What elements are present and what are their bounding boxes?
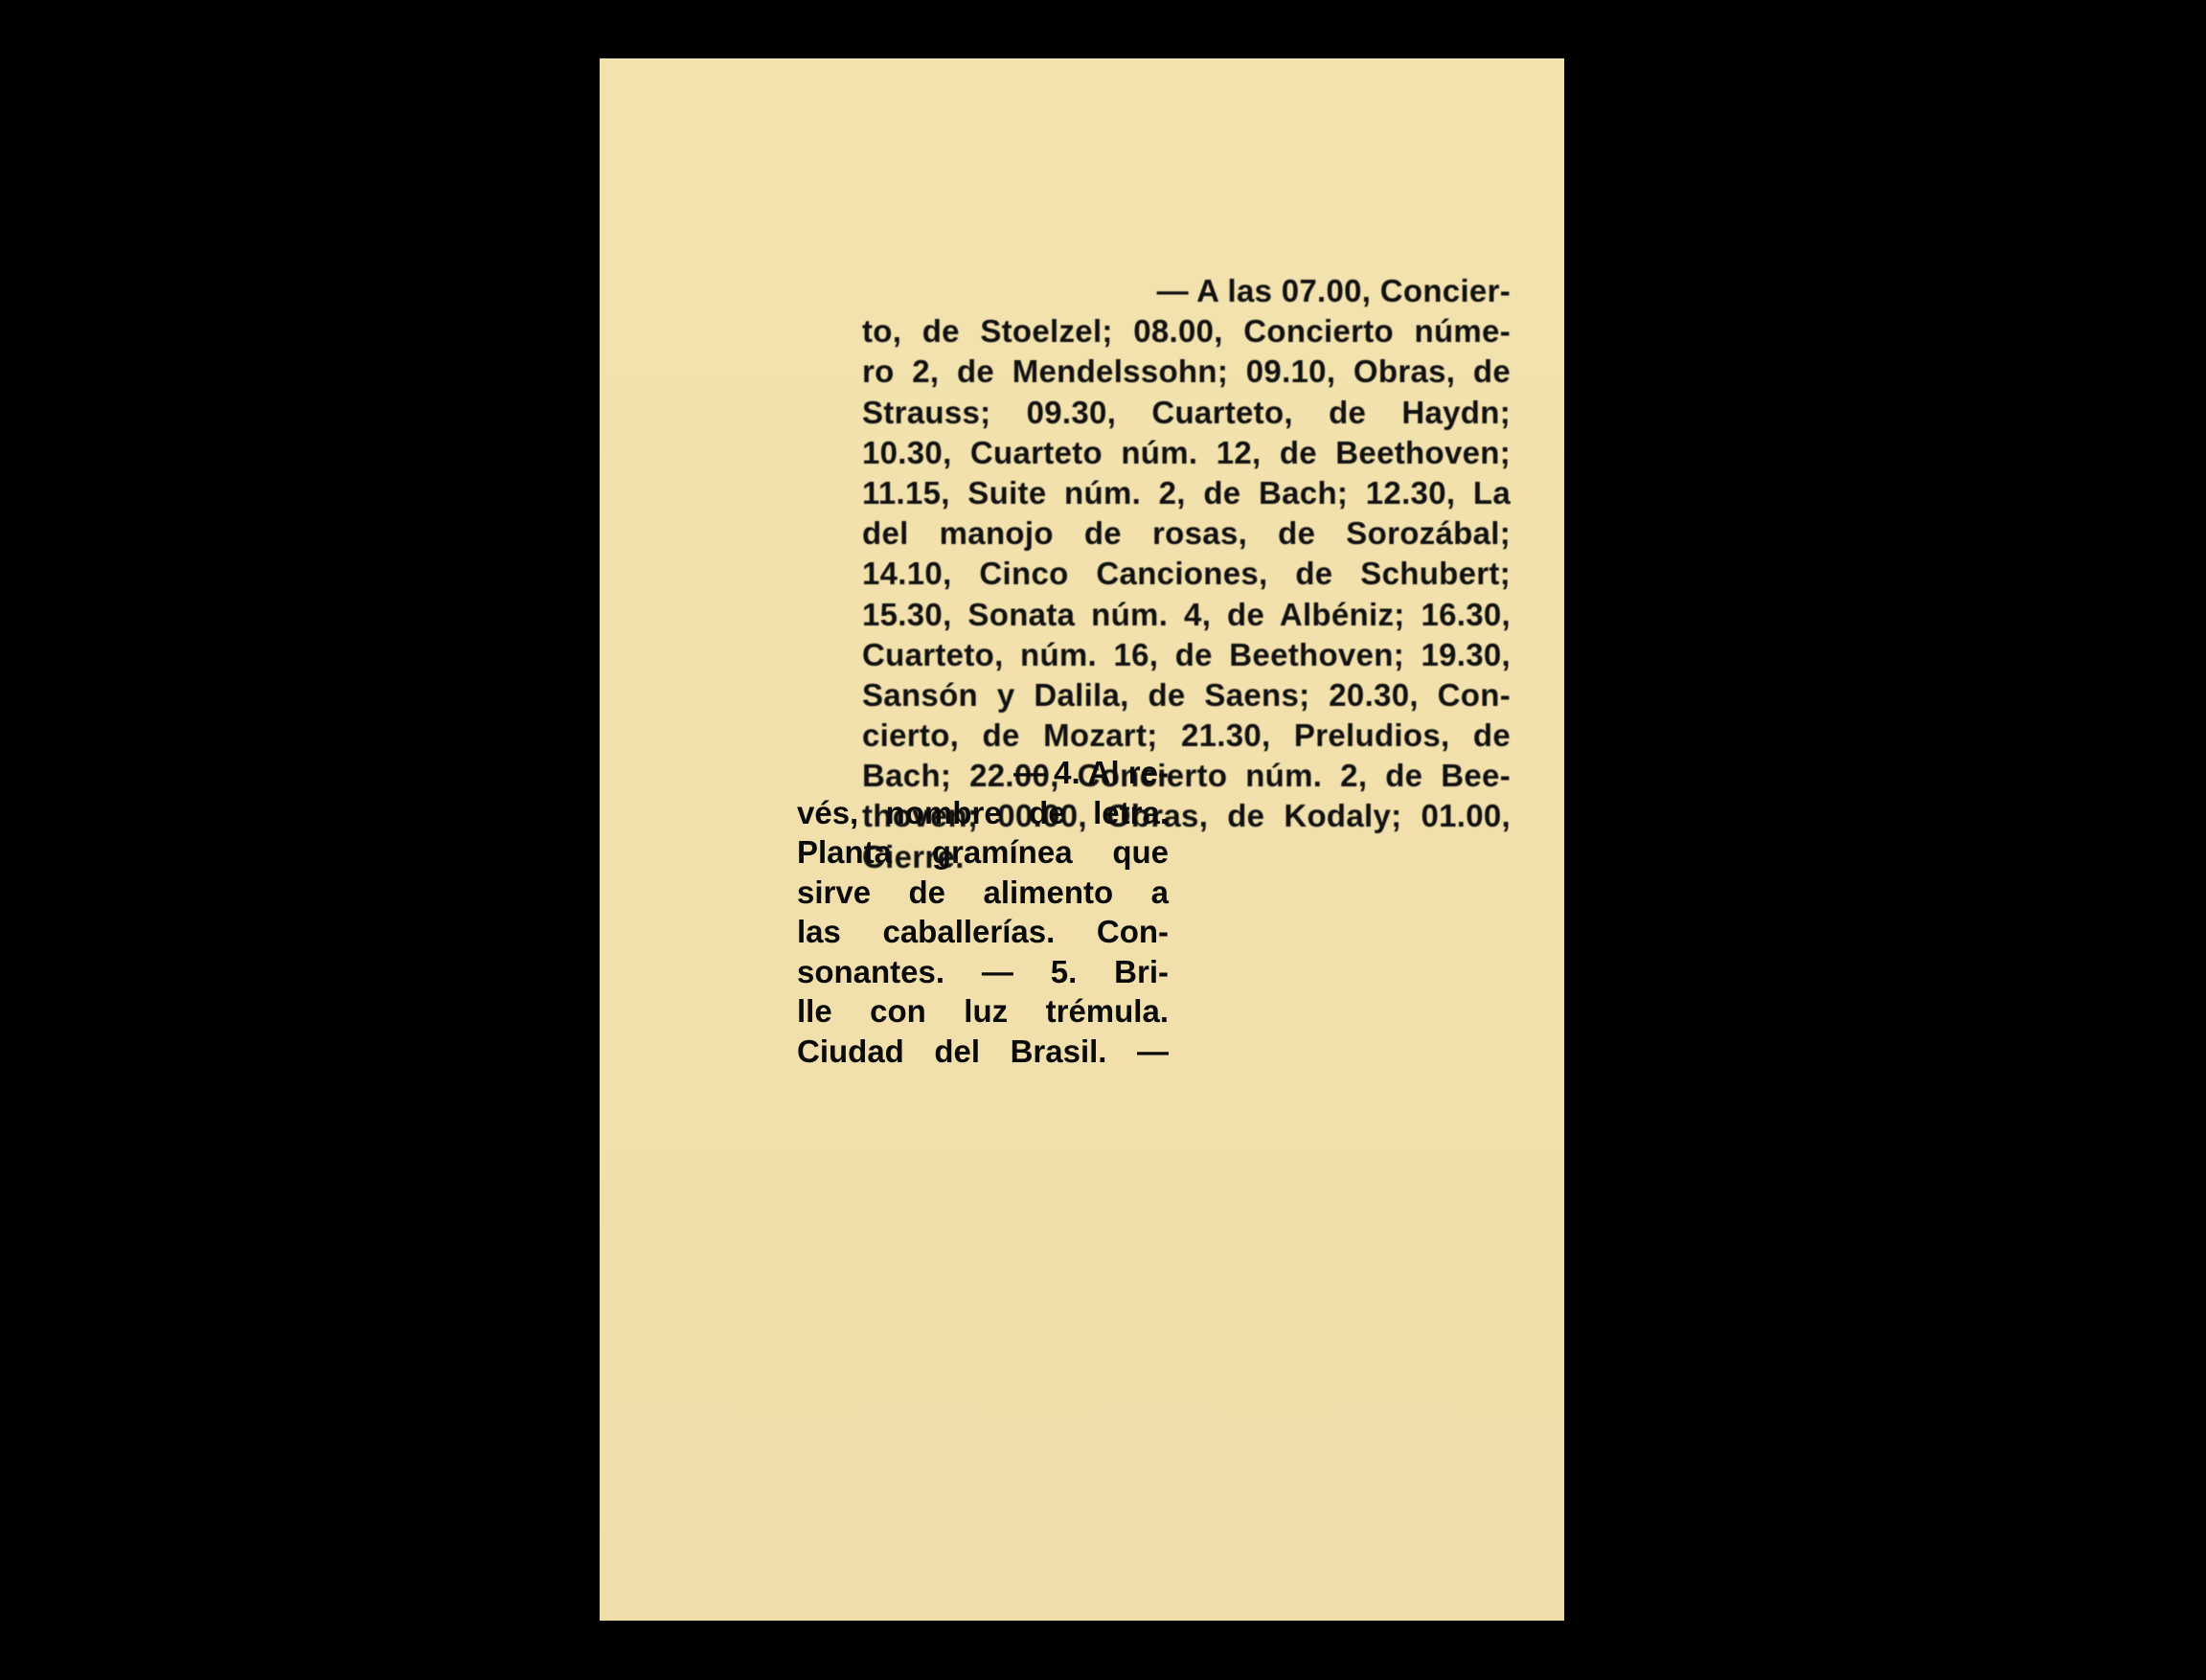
clue-line: vés, nombre de letra. <box>797 793 1169 833</box>
clue-line: Planta gramínea que <box>797 832 1169 873</box>
schedule-line: Strauss; 09.30, Cuarteto, de Haydn; <box>862 393 1511 433</box>
schedule-line: 15.30, Sonata núm. 4, de Albéniz; 16.30, <box>862 595 1511 635</box>
schedule-line: 11.15, Suite núm. 2, de Bach; 12.30, La <box>862 473 1511 513</box>
clue-line: — 4. Al re- <box>797 753 1169 793</box>
schedule-line: 14.10, Cinco Canciones, de Schubert; <box>862 554 1511 594</box>
schedule-line: cierto, de Mozart; 21.30, Preludios, de <box>862 715 1511 756</box>
clue-line: Ciudad del Brasil. — <box>797 1032 1169 1072</box>
schedule-line: Cuarteto, núm. 16, de Beethoven; 19.30, <box>862 635 1511 675</box>
clue-line: sirve de alimento a <box>797 873 1169 913</box>
clue-line: sonantes. — 5. Bri- <box>797 952 1169 992</box>
clue-line: lle con luz trémula. <box>797 991 1169 1032</box>
schedule-line: ro 2, de Mendelssohn; 09.10, Obras, de <box>862 352 1511 392</box>
clue-line: las caballerías. Con- <box>797 912 1169 952</box>
crossword-clues-text: — 4. Al re- vés, nombre de letra. Planta… <box>797 753 1169 1071</box>
schedule-line: 10.30, Cuarteto núm. 12, de Beethoven; <box>862 433 1511 473</box>
schedule-line: — A las 07.00, Concier- <box>862 271 1511 311</box>
schedule-line: Sansón y Dalila, de Saens; 20.30, Con- <box>862 675 1511 715</box>
schedule-line: del manojo de rosas, de Sorozábal; <box>862 513 1511 554</box>
schedule-line: to, de Stoelzel; 08.00, Concierto núme- <box>862 311 1511 352</box>
